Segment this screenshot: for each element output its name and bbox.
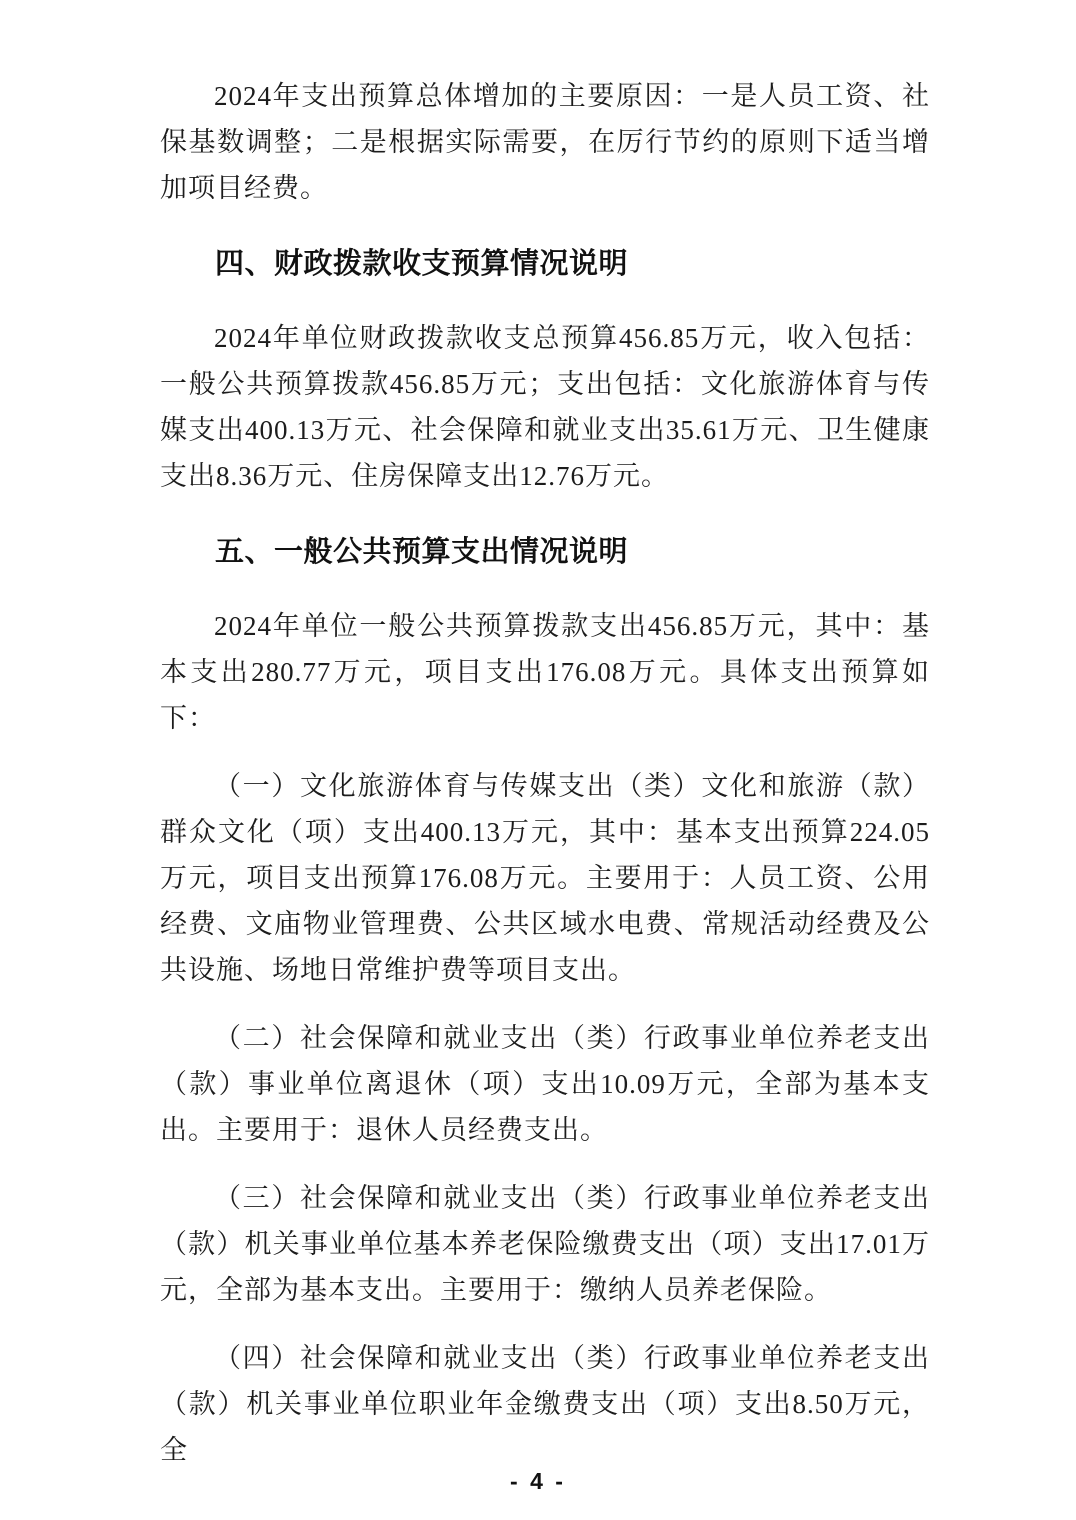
paragraph-item-1-culture-tourism: （一）文化旅游体育与传媒支出（类）文化和旅游（款）群众文化（项）支出400.13… xyxy=(160,763,930,993)
paragraph-item-2-retirement: （二）社会保障和就业支出（类）行政事业单位养老支出（款）事业单位离退休（项）支出… xyxy=(160,1015,930,1153)
paragraph-general-public-budget-total: 2024年单位一般公共预算拨款支出456.85万元，其中：基本支出280.77万… xyxy=(160,603,930,741)
paragraph-item-3-pension-insurance: （三）社会保障和就业支出（类）行政事业单位养老支出（款）机关事业单位基本养老保险… xyxy=(160,1175,930,1313)
paragraph-item-4-occupational-annuity: （四）社会保障和就业支出（类）行政事业单位养老支出（款）机关事业单位职业年金缴费… xyxy=(160,1335,930,1473)
paragraph-fiscal-appropriation-total: 2024年单位财政拨款收支总预算456.85万元，收入包括：一般公共预算拨款45… xyxy=(160,315,930,499)
section-heading-4-fiscal-appropriation: 四、财政拨款收支预算情况说明 xyxy=(160,241,930,287)
document-page: 2024年支出预算总体增加的主要原因：一是人员工资、社保基数调整；二是根据实际需… xyxy=(0,0,1076,1520)
paragraph-budget-increase-reason: 2024年支出预算总体增加的主要原因：一是人员工资、社保基数调整；二是根据实际需… xyxy=(160,73,930,211)
page-number: - 4 - xyxy=(0,1468,1076,1495)
section-heading-5-general-public-budget: 五、一般公共预算支出情况说明 xyxy=(160,529,930,575)
